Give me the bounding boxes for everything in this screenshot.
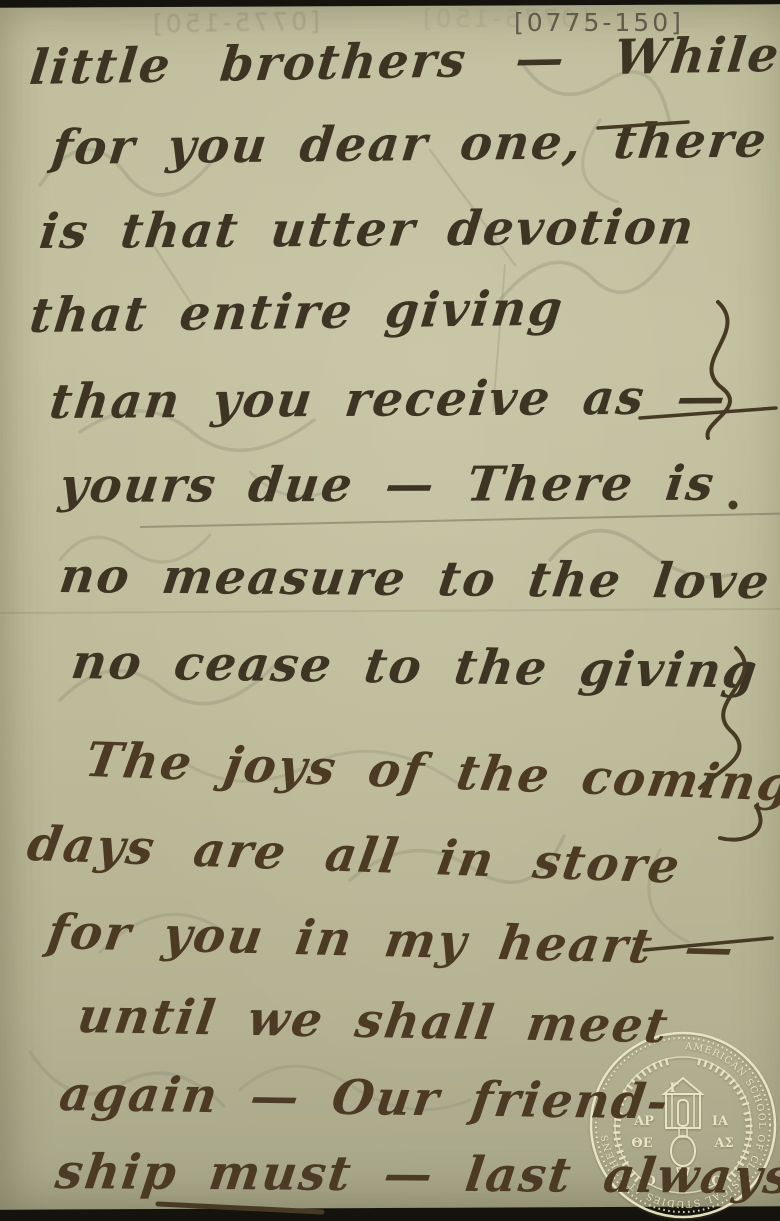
handwritten-line: yours due — There is bbox=[57, 456, 719, 514]
handwritten-line: than you receive as — bbox=[47, 369, 731, 430]
handwritten-line: for you dear one, there bbox=[49, 112, 771, 176]
handwritten-line: no measure to the love bbox=[56, 548, 774, 610]
handwritten-line: no cease to the giving bbox=[68, 634, 762, 699]
catalog-number-bleedthrough: [0775-150] bbox=[150, 7, 320, 39]
seal-greek-letter: ΙΑ bbox=[712, 1114, 729, 1129]
handwritten-line: that entire giving bbox=[27, 281, 567, 345]
handwritten-line: is that utter devotion bbox=[37, 199, 699, 260]
handwritten-line: again — Our friend- bbox=[56, 1066, 673, 1130]
handwritten-line: ship must — last always bbox=[52, 1144, 780, 1205]
handwritten-line: until we shall meet bbox=[74, 988, 673, 1054]
letter-scan: [0775-150] [0775-150] [0775-150] bbox=[0, 0, 780, 1221]
